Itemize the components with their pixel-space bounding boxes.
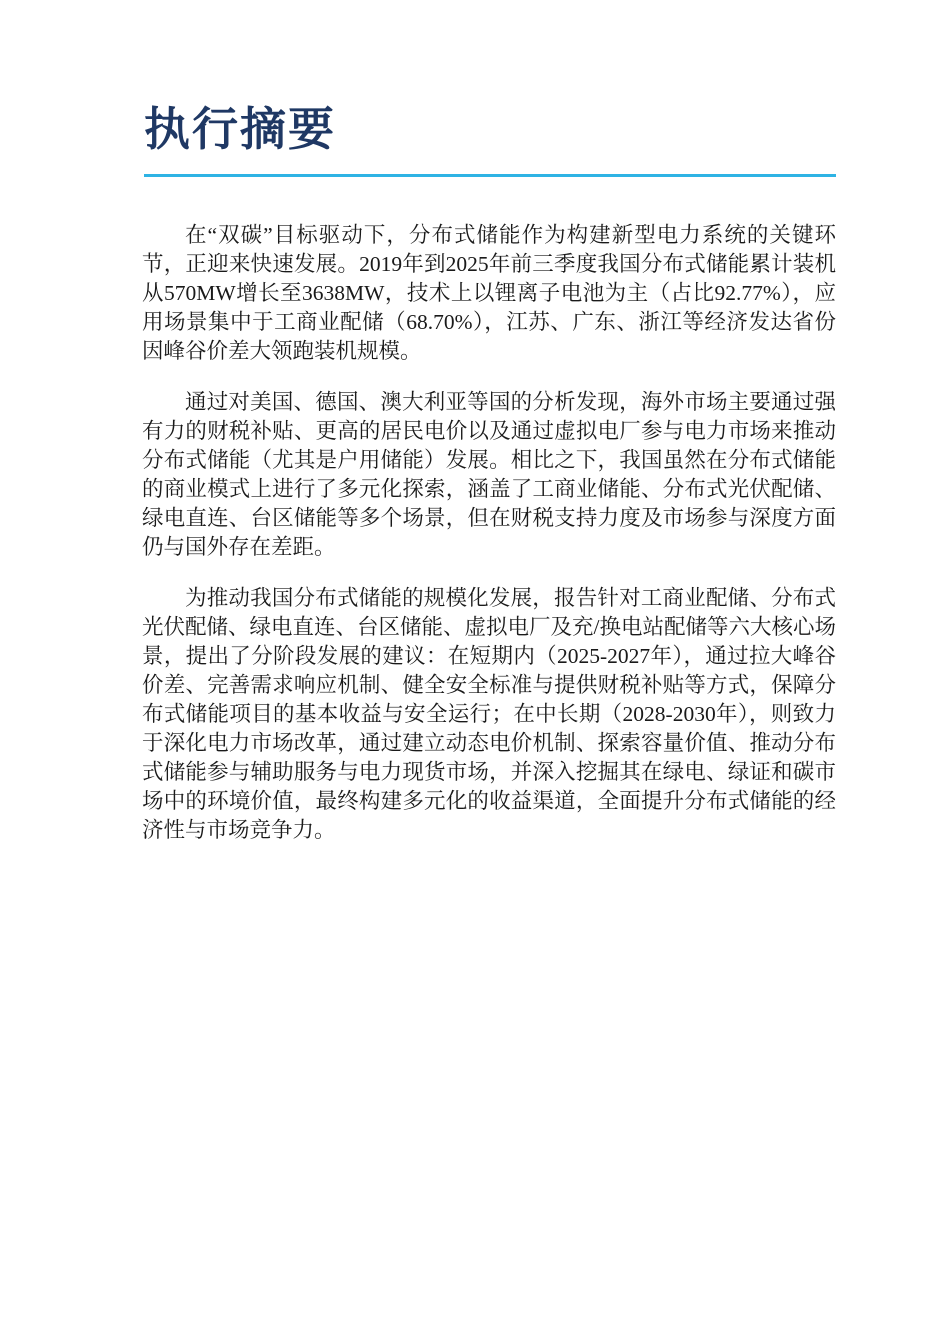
summary-paragraph-1: 在“双碳”目标驱动下，分布式储能作为构建新型电力系统的关键环节，正迎来快速发展。…: [142, 221, 836, 366]
summary-paragraph-3: 为推动我国分布式储能的规模化发展，报告针对工商业配储、分布式光伏配储、绿电直连、…: [142, 584, 836, 845]
executive-summary-body: 在“双碳”目标驱动下，分布式储能作为构建新型电力系统的关键环节，正迎来快速发展。…: [142, 221, 836, 845]
document-page: 执行摘要 在“双碳”目标驱动下，分布式储能作为构建新型电力系统的关键环节，正迎来…: [0, 0, 950, 1344]
title-underline-rule: [144, 174, 836, 177]
page-title: 执行摘要: [144, 104, 336, 155]
summary-paragraph-2: 通过对美国、德国、澳大利亚等国的分析发现，海外市场主要通过强有力的财税补贴、更高…: [142, 388, 836, 562]
